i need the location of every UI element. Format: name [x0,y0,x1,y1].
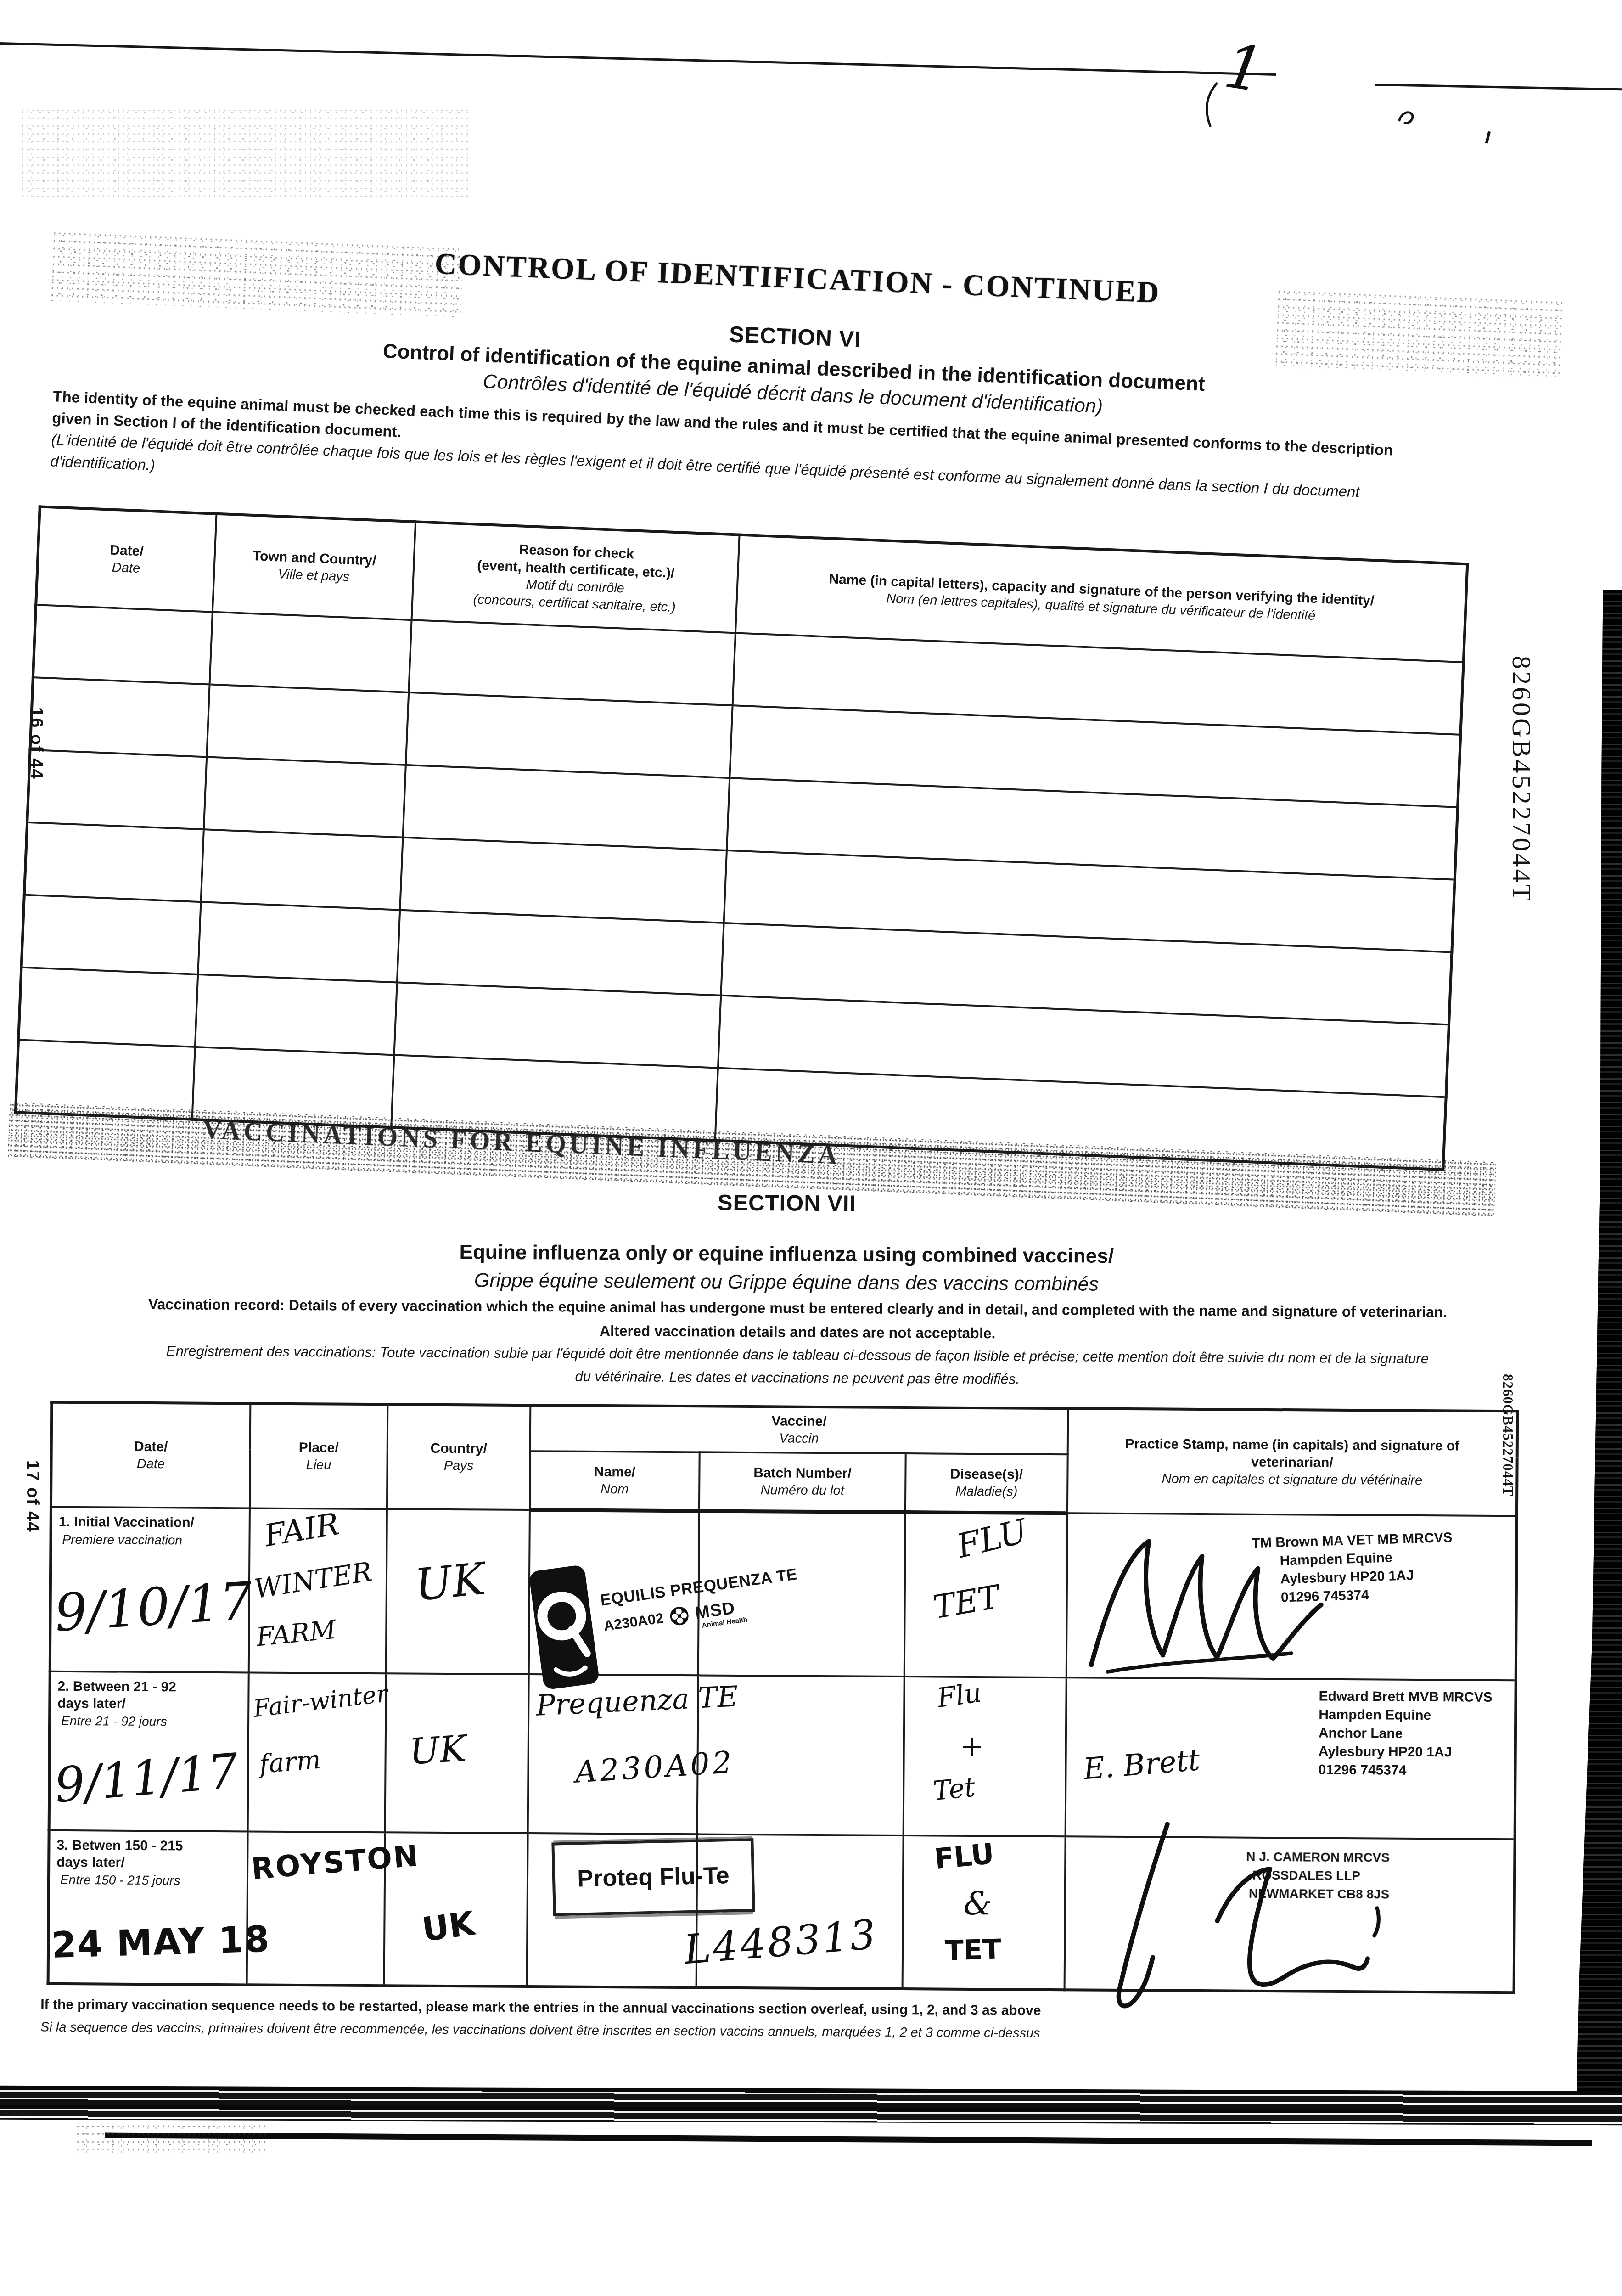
row3-date-cell: 3. Betwen 150 - 215 days later/ Entre 15… [48,1830,248,1985]
vaccination-table: Date/Date Place/Lieu Country/Pays Vaccin… [47,1401,1519,1994]
restart-footnote-fr: Si la sequence des vaccins, primaires do… [40,2020,1040,2041]
row1-place-line1: FAIR [262,1506,342,1553]
row1-place-cell: FAIR WINTER FARM [249,1508,387,1673]
bottom-scan-line [105,2133,1592,2146]
row3-batch-cell: L448313 [696,1834,904,1989]
row3-country-cell: UK [384,1832,528,1986]
row2-stamp-text: Edward Brett MVB MRCVS Hampden Equine An… [1318,1688,1493,1780]
row3-date-handwritten: 24 MAY 18 [51,1919,271,1966]
row3-stamp-text: N J. CAMERON MRCVS ROSSDALES LLP NEWMARK… [1246,1848,1390,1904]
row2-disease-flu: Flu [935,1677,983,1714]
vacc-col-country: Country/Pays [387,1404,530,1510]
vaccination-note-fr2: du vétérinaire. Les dates et vaccination… [6,1365,1589,1391]
vacc-header-main: Date/Date Place/Lieu Country/Pays Vaccin… [51,1402,1518,1458]
vacc-col-batch: Batch Number/Numéro du lot [699,1452,906,1512]
row1-stamp-cell: TM Brown MA VET MB MRCVS Hampden Equine … [1066,1513,1517,1680]
bottom-scan-band [0,2086,1622,2125]
row2-disease-plus: + [960,1729,984,1763]
row3-name-cell: Proteq Flu-Te [527,1833,697,1987]
row2-label-en: 2. Between 21 - 92 [51,1672,247,1696]
scanned-passport-page: 1 CONTROL OF IDENTIFICATION - CONTINUED … [0,0,1622,2296]
msd-logo-icon [668,1605,690,1626]
vacc-col-vaccine: Vaccine/Vaccin [530,1405,1068,1454]
row3-country-handwritten: UK [420,1904,477,1949]
vaccination-note-fr1: Enregistrement des vaccinations: Toute v… [6,1342,1589,1368]
row3-disease-cell: FLU & TET [903,1835,1066,1990]
vaccination-note-en2: Altered vaccination details and dates ar… [6,1319,1589,1345]
section-vii-block: SECTION VII Equine influenza only or equ… [0,0,1622,1112]
row1-disease-tet: TET [931,1578,1002,1626]
vaccination-note-en1: Vaccination record: Details of every vac… [6,1295,1590,1322]
row2-country-cell: UK [385,1673,529,1833]
row2-disease-cell: Flu + Tet [904,1677,1066,1836]
row1-disease-flu: FLU [953,1511,1031,1565]
row2-label-fr: Entre 21 - 92 jours [51,1712,247,1730]
row1-place-line2: WINTER [252,1556,374,1604]
page-number-top: 16 of 44 [24,707,46,813]
row2-date-handwritten: 9/11/17 [52,1743,240,1813]
row2-disease-tet: Tet [932,1771,977,1806]
passport-code-bottom: 8260GB45227044T [1496,1374,1516,1535]
vacc-col-disease: Disease(s)/Maladie(s) [905,1453,1068,1513]
vacc-col-name: Name/Nom [530,1451,700,1511]
row2-place-line2: farm [258,1745,322,1780]
row3-disease-tet: TET [944,1933,1002,1967]
row1-stamp-text: TM Brown MA VET MB MRCVS Hampden Equine … [1252,1529,1454,1608]
row1-date-handwritten: 9/10/17 [53,1571,254,1643]
row1-country-handwritten: UK [413,1553,488,1611]
row3-label-fr: Entre 150 - 215 jours [50,1871,247,1889]
vaccination-row-1: 1. Initial Vaccination/ Premiere vaccina… [50,1507,1517,1680]
passport-code-top: 8260GB45227044T [1504,656,1537,1060]
row3-disease-amp: & [963,1885,992,1922]
row3-label-en2: days later/ [50,1854,247,1872]
row2-place-cell: Fair-winter farm [248,1672,386,1832]
row3-stamp-cell: N J. CAMERON MRCVS ROSSDALES LLP NEWMARK… [1065,1836,1515,1992]
row1-place-line3: FARM [255,1615,337,1653]
sticker-batch-number: A230A02 [603,1610,665,1634]
row2-signature-handwritten: E. Brett [1082,1743,1201,1786]
row2-country-handwritten: UK [408,1728,467,1773]
vaccination-row-2: 2. Between 21 - 92 days later/ Entre 21 … [49,1671,1516,1839]
row2-batch-cell [697,1675,904,1835]
row1-date-cell: 1. Initial Vaccination/ Premiere vaccina… [50,1507,250,1673]
vacc-col-date: Date/Date [51,1402,250,1508]
row1-label-en: 1. Initial Vaccination/ [52,1508,249,1532]
row1-name-cell: EQUILIS PREQUENZA TE A230A02 MSD [529,1510,699,1675]
vacc-col-place: Place/Lieu [250,1403,387,1509]
bottom-left-speckle [73,2125,266,2153]
vacc-col-stamp: Practice Stamp, name (in capitals) and s… [1067,1408,1517,1516]
restart-footnote-en: If the primary vaccination sequence need… [40,1997,1041,2019]
row1-country-cell: UK [386,1509,530,1674]
row3-place-cell: ROYSTON [247,1831,385,1986]
vaccination-row-3: 3. Betwen 150 - 215 days later/ Entre 15… [48,1830,1515,1992]
row2-name-cell: Prequenza TE A230A02 [528,1674,698,1834]
row2-place-line1: Fair-winter [252,1680,389,1723]
row1-label-fr: Premiere vaccination [52,1531,248,1549]
row1-batch-cell [698,1511,905,1677]
row3-label-en: 3. Betwen 150 - 215 [50,1831,247,1855]
row3-batch-handwritten: L448313 [682,1911,879,1974]
row2-label-en2: days later/ [51,1695,247,1713]
equilis-q-logo-icon [527,1563,601,1692]
row3-disease-flu: FLU [933,1837,996,1876]
row2-date-cell: 2. Between 21 - 92 days later/ Entre 21 … [49,1671,249,1832]
page-number-bottom: 17 of 44 [20,1460,42,1566]
row2-stamp-cell: E. Brett Edward Brett MVB MRCVS Hampden … [1066,1677,1516,1839]
row1-disease-cell: FLU TET [904,1512,1067,1677]
